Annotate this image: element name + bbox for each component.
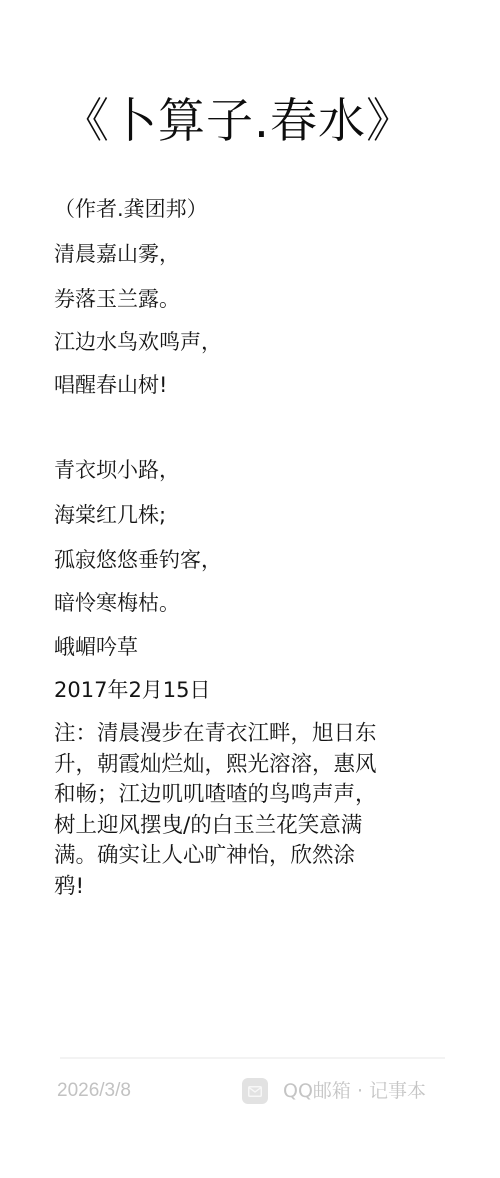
footer-divider — [60, 1057, 445, 1059]
poem-line: 青衣坝小路， — [54, 455, 180, 485]
annotation-line: 满。确实让人心旷神怡，欣然涂 — [54, 841, 434, 872]
poem-line: 清晨嘉山雾， — [54, 239, 180, 269]
poem-line: 唱醒春山树! — [54, 370, 167, 400]
note-title: 《卜算子.春水》 — [62, 92, 414, 152]
signature: 峨嵋吟草 — [54, 632, 138, 662]
author-line: （作者.龚团邦） — [54, 194, 208, 224]
poem-line: 海棠红几株; — [54, 500, 166, 530]
footer-brand: QQ邮箱 · 记事本 — [242, 1077, 426, 1105]
poem-line: 券落玉兰露。 — [54, 284, 180, 314]
annotation-line: 升，朝霞灿烂灿，熙光溶溶，惠风 — [54, 750, 434, 781]
annotation-line: 和畅；江边叽叽喳喳的鸟鸣声声， — [54, 780, 434, 811]
annotation-line: 鸦! — [54, 872, 434, 903]
mail-icon — [242, 1078, 268, 1104]
annotation-line: 树上迎风摆曳/的白玉兰花笑意满 — [54, 811, 434, 842]
written-date: 2017年2月15日 — [54, 675, 211, 705]
annotation-line: 注：清晨漫步在青衣江畔，旭日东 — [54, 719, 434, 750]
poem-line: 江边水鸟欢鸣声， — [54, 327, 222, 357]
poem-line: 孤寂悠悠垂钓客， — [54, 545, 222, 575]
annotation-paragraph: 注：清晨漫步在青衣江畔，旭日东 升，朝霞灿烂灿，熙光溶溶，惠风 和畅；江边叽叽喳… — [54, 719, 434, 903]
brand-label: QQ邮箱 · 记事本 — [283, 1078, 426, 1104]
poem-line: 暗怜寒梅枯。 — [54, 588, 180, 618]
footer-date: 2026/3/8 — [57, 1078, 131, 1104]
